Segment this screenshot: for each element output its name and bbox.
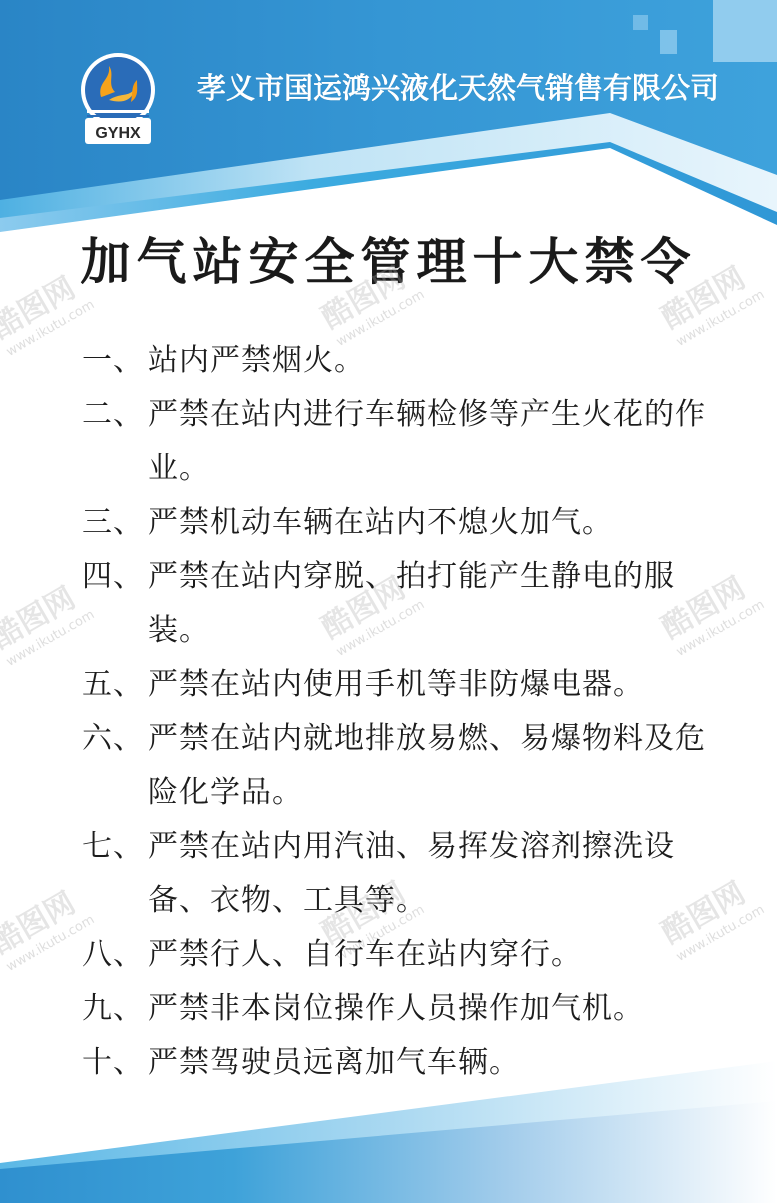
company-logo: GYHX (79, 52, 157, 144)
rule-number: 三、 (82, 496, 148, 550)
footer-banner (0, 1033, 777, 1203)
rule-text: 严禁在站内就地排放易燃、易爆物料及危险化学品。 (148, 712, 722, 820)
rule-item: 三、 严禁机动车辆在站内不熄火加气。 (82, 496, 722, 550)
rule-item: 五、 严禁在站内使用手机等非防爆电器。 (82, 658, 722, 712)
rule-number: 八、 (82, 928, 148, 982)
rule-text: 严禁行人、自行车在站内穿行。 (148, 928, 722, 982)
rule-number: 一、 (82, 334, 148, 388)
rule-number: 四、 (82, 550, 148, 658)
rule-item: 九、 严禁非本岗位操作人员操作加气机。 (82, 982, 722, 1036)
rule-text: 严禁在站内进行车辆检修等产生火花的作业。 (148, 388, 722, 496)
rule-item: 六、 严禁在站内就地排放易燃、易爆物料及危险化学品。 (82, 712, 722, 820)
rules-list: 一、 站内严禁烟火。 二、 严禁在站内进行车辆检修等产生火花的作业。 三、 严禁… (82, 334, 722, 1090)
page-title: 加气站安全管理十大禁令 (0, 222, 777, 294)
rule-text: 严禁在站内使用手机等非防爆电器。 (148, 658, 722, 712)
rule-text: 严禁在站内用汽油、易挥发溶剂擦洗设备、衣物、工具等。 (148, 820, 722, 928)
rule-item: 一、 站内严禁烟火。 (82, 334, 722, 388)
rule-item: 二、 严禁在站内进行车辆检修等产生火花的作业。 (82, 388, 722, 496)
rule-text: 站内严禁烟火。 (148, 334, 722, 388)
rule-item: 七、 严禁在站内用汽油、易挥发溶剂擦洗设备、衣物、工具等。 (82, 820, 722, 928)
rule-number: 七、 (82, 820, 148, 928)
rule-text: 严禁非本岗位操作人员操作加气机。 (148, 982, 722, 1036)
rule-text: 严禁机动车辆在站内不熄火加气。 (148, 496, 722, 550)
rule-number: 九、 (82, 982, 148, 1036)
rule-number: 二、 (82, 388, 148, 496)
rule-item: 八、 严禁行人、自行车在站内穿行。 (82, 928, 722, 982)
rule-number: 六、 (82, 712, 148, 820)
svg-text:GYHX: GYHX (95, 125, 141, 142)
rule-number: 五、 (82, 658, 148, 712)
rule-text: 严禁在站内穿脱、拍打能产生静电的服装。 (148, 550, 722, 658)
rule-item: 四、 严禁在站内穿脱、拍打能产生静电的服装。 (82, 550, 722, 658)
company-name: 孝义市国运鸿兴液化天然气销售有限公司 (197, 66, 719, 107)
